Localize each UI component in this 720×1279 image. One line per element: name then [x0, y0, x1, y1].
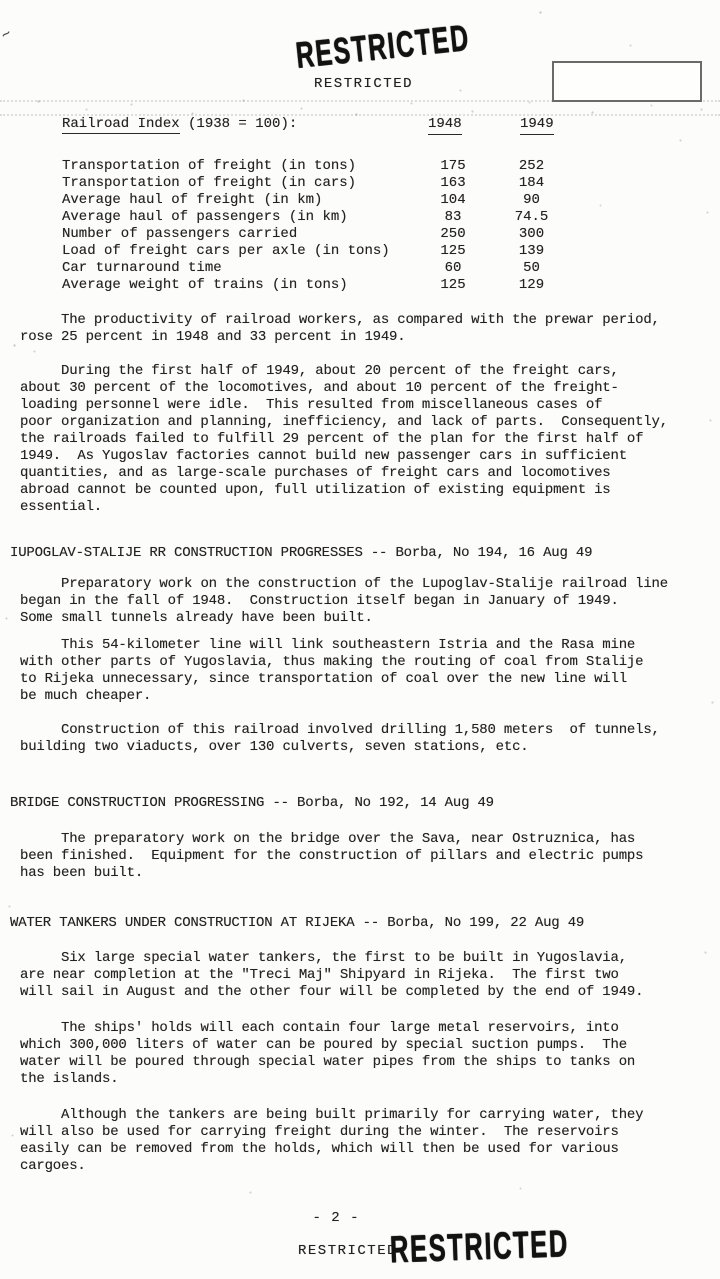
row-value-1948: 60 — [417, 260, 489, 277]
row-label: Transportation of freight (in cars) — [62, 175, 417, 192]
table-row: Transportation of freight (in tons) 175 … — [62, 158, 607, 175]
paragraph-although-tankers: Although the tankers are being built pri… — [20, 1107, 715, 1175]
row-label: Load of freight cars per axle (in tons) — [62, 243, 417, 260]
paragraph-six-tankers: Six large special water tankers, the fir… — [20, 950, 715, 1001]
table-row: Average haul of freight (in km) 104 90 — [62, 192, 607, 209]
page-number: - 2 - — [0, 1210, 672, 1226]
row-label: Average haul of passengers (in km) — [62, 209, 417, 226]
section-heading-lupoglav-stalije: IUPOGLAV-STALIJE RR CONSTRUCTION PROGRES… — [10, 545, 710, 562]
section-heading-water-tankers: WATER TANKERS UNDER CONSTRUCTION AT RIJE… — [10, 915, 710, 932]
paragraph-productivity: The productivity of railroad workers, as… — [20, 312, 715, 346]
row-label: Average weight of trains (in tons) — [62, 277, 417, 294]
column-header-1948: 1948 — [428, 116, 462, 135]
row-value-1948: 83 — [417, 209, 489, 226]
row-value-1948: 175 — [417, 158, 489, 175]
paragraph-idle-equipment: During the first half of 1949, about 20 … — [20, 363, 715, 516]
scan-noise — [0, 0, 1, 1]
railroad-index-table: Railroad Index (1938 = 100): 1948 1949 T… — [62, 116, 607, 294]
empty-classification-box — [552, 61, 702, 102]
restricted-stamp-bottom: RESTRICTED — [389, 1222, 569, 1272]
section-heading-bridge-construction: BRIDGE CONSTRUCTION PROGRESSING -- Borba… — [10, 795, 710, 812]
row-label: Number of passengers carried — [62, 226, 417, 243]
table-title-rest: (1938 = 100): — [180, 116, 298, 132]
paragraph-ships-holds: The ships' holds will each contain four … — [20, 1020, 715, 1088]
row-label: Average haul of freight (in km) — [62, 192, 417, 209]
restricted-stamp-top: RESTRICTED — [294, 17, 472, 77]
row-value-1948: 125 — [417, 243, 489, 260]
row-value-1949: 139 — [489, 243, 574, 260]
row-value-1948: 163 — [417, 175, 489, 192]
table-row: Average weight of trains (in tons) 125 1… — [62, 277, 607, 294]
table-rows: Transportation of freight (in tons) 175 … — [62, 158, 607, 294]
pen-mark: ~ — [0, 25, 16, 45]
table-row: Transportation of freight (in cars) 163 … — [62, 175, 607, 192]
restricted-typed-top: RESTRICTED — [314, 76, 413, 92]
table-title-row: Railroad Index (1938 = 100): 1948 1949 — [62, 116, 607, 133]
row-value-1949: 129 — [489, 277, 574, 294]
row-label: Transportation of freight (in tons) — [62, 158, 417, 175]
row-value-1948: 104 — [417, 192, 489, 209]
paragraph-preparatory-work: Preparatory work on the construction of … — [20, 576, 715, 627]
table-row: Number of passengers carried 250 300 — [62, 226, 607, 243]
row-value-1948: 250 — [417, 226, 489, 243]
row-value-1949: 252 — [489, 158, 574, 175]
row-value-1949: 90 — [489, 192, 574, 209]
paragraph-bridge-sava: The preparatory work on the bridge over … — [20, 831, 715, 882]
paragraph-construction-involved: Construction of this railroad involved d… — [20, 722, 715, 756]
table-row: Load of freight cars per axle (in tons) … — [62, 243, 607, 260]
scanned-document-page: ~ RESTRICTED RESTRICTED Railroad Index (… — [0, 0, 720, 1279]
row-value-1949: 74.5 — [489, 209, 574, 226]
row-value-1949: 300 — [489, 226, 574, 243]
row-value-1949: 50 — [489, 260, 574, 277]
row-label: Car turnaround time — [62, 260, 417, 277]
column-header-1949: 1949 — [520, 116, 554, 135]
row-value-1949: 184 — [489, 175, 574, 192]
paragraph-54-kilometer-line: This 54-kilometer line will link southea… — [20, 637, 715, 705]
table-row: Car turnaround time 60 50 — [62, 260, 607, 277]
row-value-1948: 125 — [417, 277, 489, 294]
table-title: Railroad Index — [62, 116, 180, 134]
restricted-typed-bottom: RESTRICTED — [298, 1243, 397, 1259]
table-row: Average haul of passengers (in km) 83 74… — [62, 209, 607, 226]
